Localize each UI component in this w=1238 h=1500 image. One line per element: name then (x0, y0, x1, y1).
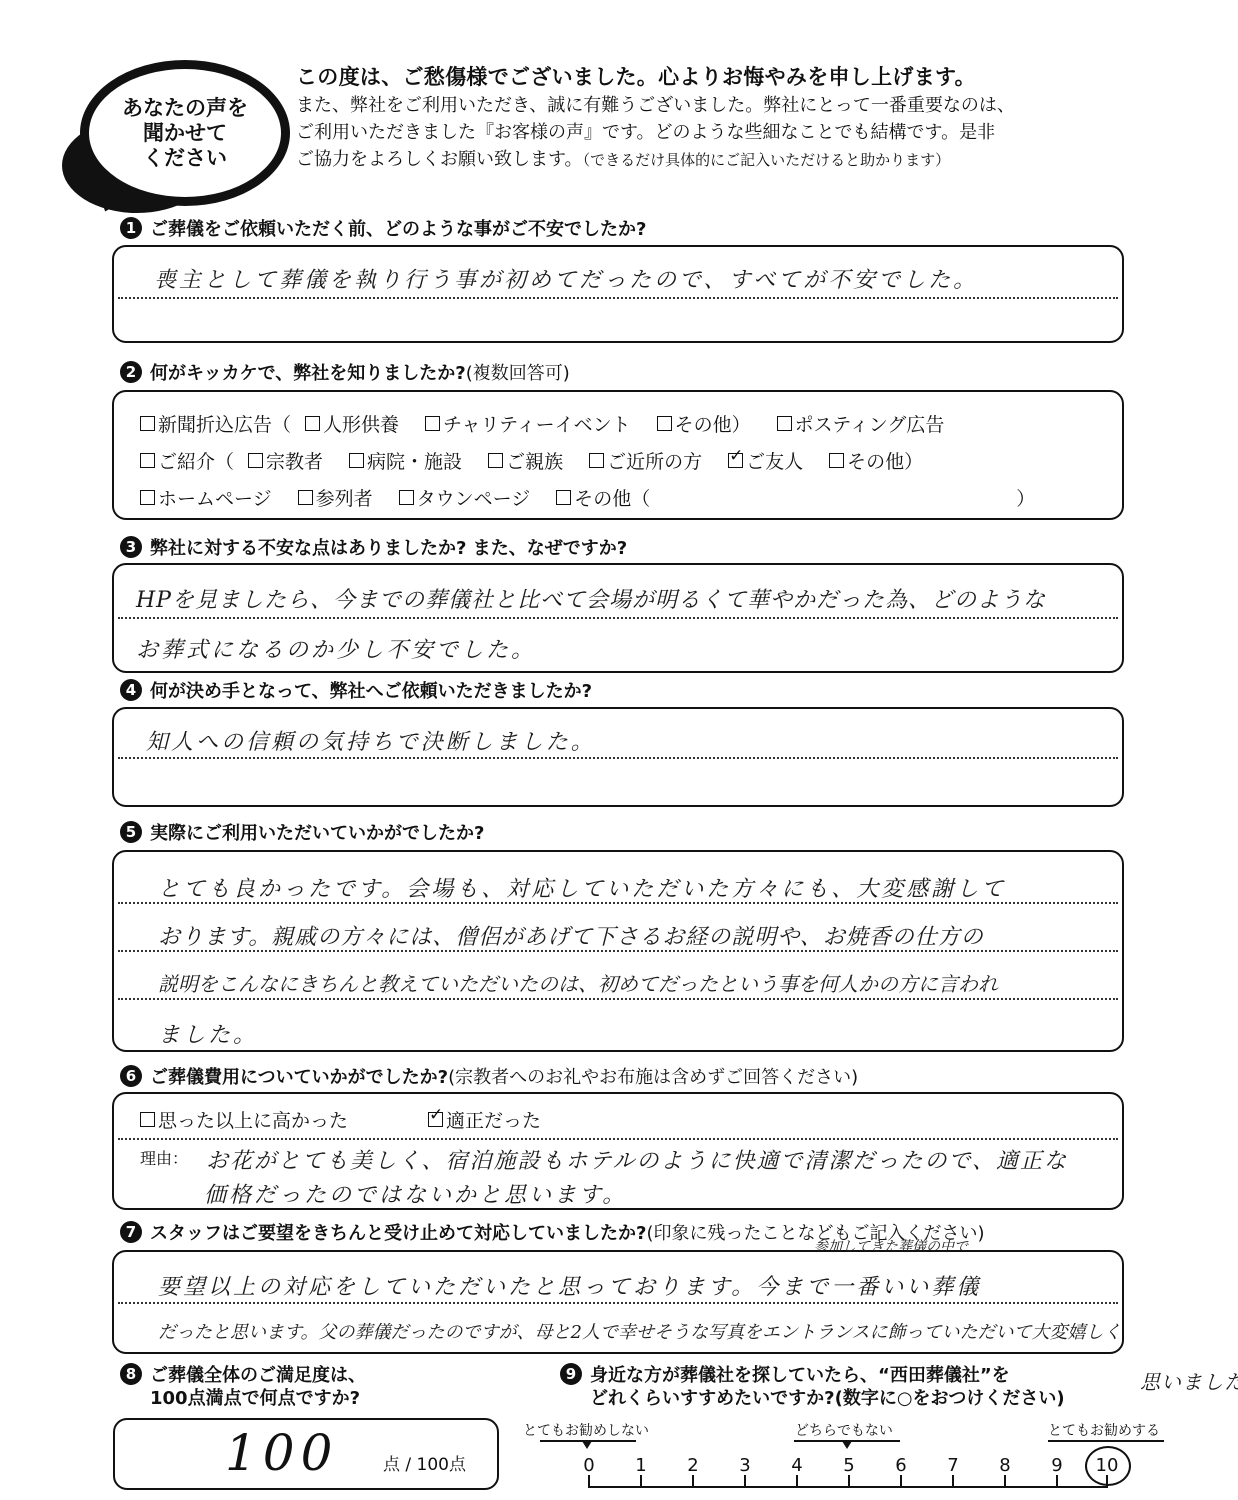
question-5-answer-box[interactable]: とても良かったです。会場も、対応していただいた方々にも、大変感謝して おります。… (112, 850, 1124, 1052)
checkbox-square[interactable] (140, 490, 155, 505)
question-note: (宗教者へのお礼やお布施は含めずご回答ください) (448, 1063, 858, 1089)
intro-line: ご協力をよろしくお願い致します。（できるだけ具体的にご記入いただけると助かります… (296, 146, 1146, 174)
question-6-answer-box: 思った以上に高かった 適正だった 理由： お花がとても美しく、宿泊施設もホテルの… (112, 1092, 1124, 1210)
checkbox-religious[interactable]: 宗教者 (248, 447, 323, 474)
handwritten-answer: おります。親戚の方々には、僧侶があげて下さるお経の説明や、お焼香の仕方の (158, 920, 984, 951)
question-text: ご葬儀をご依頼いただく前、どのような事がご不安でしたか? (150, 215, 646, 241)
selected-circle-mark (1085, 1446, 1131, 1486)
question-8-header: 8 ご葬儀全体のご満足度は、 (120, 1362, 366, 1386)
question-number-badge: 4 (120, 679, 142, 701)
scale-tick (744, 1475, 746, 1487)
handwritten-answer: 要望以上の対応をしていただいたと思っております。今まで一番いい葬儀 (158, 1270, 981, 1301)
question-text: 弊社に対する不安な点はありましたか? また、なぜですか? (150, 534, 627, 560)
question-4-answer-box[interactable]: 知人への信頼の気持ちで決断しました。 (112, 707, 1124, 807)
handwritten-answer: だったと思います。父の葬儀だったのですが、母と2人で幸せそうな写真をエントランス… (158, 1318, 1121, 1344)
question-8-header-line2: 100点満点で何点ですか? (150, 1384, 360, 1410)
checkbox-square[interactable] (589, 453, 604, 468)
scale-option-7[interactable]: 7 (938, 1455, 968, 1476)
checkbox-relatives[interactable]: ご親族 (488, 447, 563, 474)
question-9-header-line2: どれくらいすすめたいですか?(数字に○をおつけください) (590, 1384, 1065, 1410)
handwritten-answer: 喪主として葬儀を執り行う事が初めてだったので、すべてが不安でした。 (154, 263, 978, 294)
intro-text: この度は、ご愁傷様でございました。心よりお悔やみを申し上げます。 また、弊社をご… (296, 62, 1146, 174)
question-3-answer-box[interactable]: HPを見ましたら、今までの葬儀社と比べて会場が明るくて華やかだった為、どのような… (112, 563, 1124, 673)
scale-tick (692, 1475, 694, 1487)
scale-tick (796, 1475, 798, 1487)
handwritten-answer: とても良かったです。会場も、対応していただいた方々にも、大変感謝して (158, 872, 1006, 903)
scale-option-8[interactable]: 8 (990, 1455, 1020, 1476)
scale-label-high: とてもお勧めする (1048, 1420, 1160, 1440)
scale-option-3[interactable]: 3 (730, 1455, 760, 1476)
checkbox-friend[interactable]: ご友人 (728, 447, 803, 474)
checkbox-square[interactable] (399, 490, 414, 505)
question-text: スタッフはご要望をきちんと受け止めて対応していましたか? (150, 1219, 646, 1245)
checkbox-square-checked[interactable] (728, 453, 743, 468)
score-box[interactable]: 100 点 / 100点 (113, 1418, 499, 1490)
checkbox-square[interactable] (140, 1112, 155, 1127)
question-9-header: 9 身近な方が葬儀社を探していたら、“西田葬儀社”を (560, 1362, 1010, 1386)
scale-tick (1004, 1475, 1006, 1487)
checkbox-homepage[interactable]: ホームページ (140, 484, 272, 511)
question-number-badge: 3 (120, 536, 142, 558)
checkbox-newspaper[interactable]: 新聞折込広告（ (140, 410, 299, 437)
question-3-header: 3 弊社に対する不安な点はありましたか? また、なぜですか? (120, 533, 627, 561)
checkbox-row: ご紹介（ 宗教者 病院・施設 ご親族 ご近所の方 ご友人 その他） (140, 447, 949, 474)
checkbox-charity-event[interactable]: チャリティーイベント (425, 410, 631, 437)
scale-label-mid: どちらでもない (795, 1420, 893, 1440)
question-4-header: 4 何が決め手となって、弊社へご依頼いただきましたか? (120, 676, 592, 704)
dotted-line (118, 297, 1118, 299)
question-2-answer-box: 新聞折込広告（ 人形供養 チャリティーイベント その他） ポスティング広告 ご紹… (112, 390, 1124, 520)
checkbox-square[interactable] (248, 453, 263, 468)
scale-option-4[interactable]: 4 (782, 1455, 812, 1476)
question-number-badge: 6 (120, 1065, 142, 1087)
handwritten-insertion: 参加してきた葬儀の中で (814, 1236, 968, 1256)
dotted-line (118, 1138, 1118, 1140)
question-7-answer-box[interactable]: 参加してきた葬儀の中で 要望以上の対応をしていただいたと思っております。今まで一… (112, 1250, 1124, 1354)
question-number-badge: 2 (120, 361, 142, 383)
scale-option-2[interactable]: 2 (678, 1455, 708, 1476)
checkbox-square[interactable] (425, 416, 440, 431)
intro-line: また、弊社をご利用いただき、誠に有難うございました。弊社にとって一番重要なのは、 (296, 92, 1146, 119)
checkbox-square[interactable] (349, 453, 364, 468)
scale-option-9[interactable]: 9 (1042, 1455, 1072, 1476)
scale-option-0[interactable]: 0 (574, 1455, 604, 1476)
scale-option-6[interactable]: 6 (886, 1455, 916, 1476)
checkbox-other-2[interactable]: その他） (829, 447, 923, 474)
question-number-badge: 8 (120, 1363, 142, 1385)
speech-bubble-heading: あなたの声を 聞かせて ください (80, 60, 290, 206)
question-5-header: 5 実際にご利用いただいていかがでしたか? (120, 818, 484, 846)
checkbox-more-expensive[interactable]: 思った以上に高かった (140, 1106, 348, 1133)
checkbox-square[interactable] (556, 490, 571, 505)
dotted-line (118, 617, 1118, 619)
dotted-line (118, 757, 1118, 759)
checkbox-other-1[interactable]: その他） (657, 410, 751, 437)
scale-tick (848, 1475, 850, 1487)
scale-option-1[interactable]: 1 (626, 1455, 656, 1476)
handwritten-score: 100 (225, 1424, 338, 1482)
question-text: 実際にご利用いただいていかがでしたか? (150, 819, 484, 845)
question-note: (複数回答可) (466, 359, 570, 385)
handwritten-answer: HPを見ましたら、今までの葬儀社と比べて会場が明るくて華やかだった為、どのような (136, 583, 1046, 614)
intro-line: ご利用いただきました『お客様の声』です。どのような些細なことでも結構です。是非 (296, 119, 1146, 146)
handwritten-answer: 説明をこんなにきちんと教えていただいたのは、初めてだったという事を何人かの方に言… (158, 968, 998, 997)
question-6-header: 6 ご葬儀費用についていかがでしたか? (宗教者へのお礼やお布施は含めずご回答く… (120, 1062, 858, 1090)
question-number-badge: 9 (560, 1363, 582, 1385)
checkbox-square[interactable] (140, 453, 155, 468)
question-number-badge: 7 (120, 1221, 142, 1243)
score-unit: 点 / 100点 (383, 1450, 466, 1475)
scale-tick (900, 1475, 902, 1487)
scale-tick (640, 1475, 642, 1487)
handwritten-reason[interactable]: お花がとても美しく、宿泊施設もホテルのように快適で清潔だったので、適正な (206, 1144, 1068, 1175)
checkbox-townpage[interactable]: タウンページ (399, 484, 531, 511)
checkbox-row: 新聞折込広告（ 人形供養 チャリティーイベント その他） ポスティング広告 (140, 410, 970, 437)
intro-note: （できるだけ具体的にご記入いただけると助かります） (583, 151, 951, 169)
checkbox-square[interactable] (777, 416, 792, 431)
checkbox-hospital[interactable]: 病院・施設 (349, 447, 462, 474)
dotted-line (118, 1302, 1118, 1304)
bubble-line: ください (143, 146, 227, 171)
bracket-pointer-low (582, 1441, 592, 1449)
checkbox-attendee[interactable]: 参列者 (298, 484, 373, 511)
checkbox-square[interactable] (140, 416, 155, 431)
question-text: 何が決め手となって、弊社へご依頼いただきましたか? (150, 677, 592, 703)
question-1-header: 1 ご葬儀をご依頼いただく前、どのような事がご不安でしたか? (120, 214, 646, 242)
handwritten-answer: 知人への信頼の気持ちで決断しました。 (146, 725, 596, 756)
checkbox-row: ホームページ 参列者 タウンページ その他（ ） (140, 484, 1100, 511)
checkbox-square[interactable] (298, 490, 313, 505)
bubble-line: あなたの声を (122, 96, 248, 121)
handwritten-answer-overflow: 思いました。 (1140, 1366, 1238, 1395)
checkbox-square[interactable] (829, 453, 844, 468)
scale-tick (952, 1475, 954, 1487)
checkbox-square-checked[interactable] (428, 1112, 443, 1127)
other-text-field[interactable] (676, 484, 1016, 511)
dotted-line (118, 998, 1118, 1000)
question-2-header: 2 何がキッカケで、弊社を知りましたか? (複数回答可) (120, 358, 570, 386)
scale-option-5[interactable]: 5 (834, 1455, 864, 1476)
checkbox-square[interactable] (488, 453, 503, 468)
handwritten-reason: 価格だったのではないかと思います。 (204, 1178, 627, 1209)
handwritten-answer: ました。 (158, 1018, 258, 1049)
checkbox-square[interactable] (305, 416, 320, 431)
handwritten-answer: お葬式になるのか少し不安でした。 (136, 633, 536, 664)
question-number-badge: 1 (120, 217, 142, 239)
checkbox-posting-ad[interactable]: ポスティング広告 (777, 410, 945, 437)
reason-label: 理由： (140, 1146, 188, 1169)
checkbox-referral[interactable]: ご紹介（ (140, 447, 242, 474)
bubble-line: 聞かせて (143, 121, 227, 146)
checkbox-reasonable[interactable]: 適正だった (428, 1106, 541, 1133)
question-text: 何がキッカケで、弊社を知りましたか? (150, 359, 466, 385)
checkbox-doll-memorial[interactable]: 人形供養 (305, 410, 399, 437)
checkbox-other-3[interactable]: その他（ (556, 484, 650, 511)
bracket-high (1048, 1440, 1164, 1442)
scale-label-low: とてもお勧めしない (523, 1420, 649, 1440)
scale-tick (588, 1475, 590, 1487)
question-number-badge: 5 (120, 821, 142, 843)
question-1-answer-box[interactable]: 喪主として葬儀を執り行う事が初めてだったので、すべてが不安でした。 (112, 245, 1124, 343)
question-text: ご葬儀費用についていかがでしたか? (150, 1063, 448, 1089)
checkbox-square[interactable] (657, 416, 672, 431)
checkbox-neighbors[interactable]: ご近所の方 (589, 447, 702, 474)
bracket-pointer-mid (842, 1441, 852, 1449)
intro-condolence: この度は、ご愁傷様でございました。心よりお悔やみを申し上げます。 (296, 62, 1146, 92)
scale-tick (1056, 1475, 1058, 1487)
checkbox-row: 思った以上に高かった 適正だった (140, 1106, 567, 1133)
